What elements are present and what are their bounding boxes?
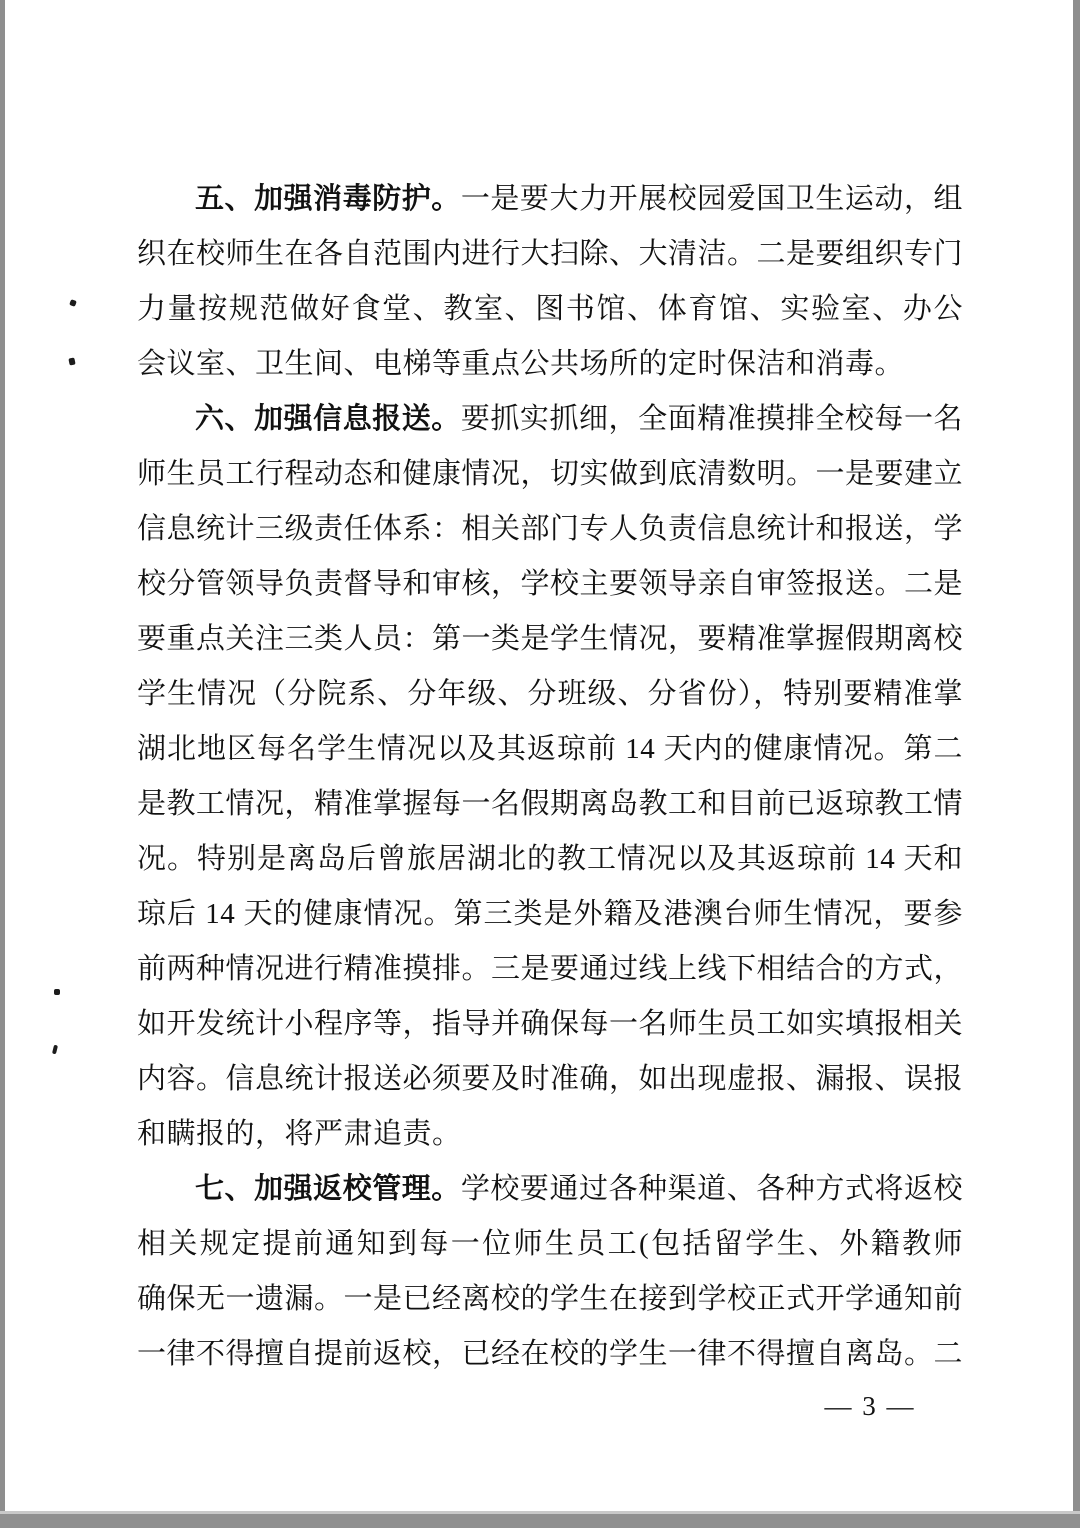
scan-speck bbox=[52, 1045, 58, 1055]
body-text: 信息统计三级责任体系：相关部门专人负责信息统计和报送，学 bbox=[137, 513, 963, 545]
text-line: 六、加强信息报送。要抓实抓细，全面精准摸排全校每一名 bbox=[137, 392, 963, 447]
scan-edge-bar-bottom bbox=[0, 1511, 1080, 1528]
body-text: 如开发统计小程序等，指导并确保每一名师生员工如实填报相关 bbox=[137, 1008, 963, 1040]
body-text: 织在校师生在各自范围内进行大扫除、大清洁。二是要组织专门 bbox=[137, 238, 963, 270]
body-text: 力量按规范做好食堂、教室、图书馆、体育馆、实验室、办公室、 bbox=[137, 293, 963, 337]
body-text: 内容。信息统计报送必须要及时准确，如出现虚报、漏报、误报 bbox=[137, 1063, 963, 1095]
body-text: 是教工情况，精准掌握每一名假期离岛教工和目前已返琼教工情 bbox=[137, 788, 963, 820]
text-line: 确保无一遗漏。一是已经离校的学生在接到学校正式开学通知前 bbox=[137, 1272, 963, 1327]
body-text: 要抓实抓细，全面精准摸排全校每一名 bbox=[461, 403, 963, 435]
section-heading-text: 七、加强返校管理。 bbox=[195, 1173, 461, 1205]
text-line: 前两种情况进行精准摸排。三是要通过线上线下相结合的方式， bbox=[137, 942, 963, 997]
text-line: 湖北地区每名学生情况以及其返琼前 14 天内的健康情况。第二类 bbox=[137, 722, 963, 777]
text-line: 校分管领导负责督导和审核，学校主要领导亲自审签报送。二是 bbox=[137, 557, 963, 612]
text-line: 织在校师生在各自范围内进行大扫除、大清洁。二是要组织专门 bbox=[137, 227, 963, 282]
section-heading-text: 五、加强消毒防护。 bbox=[195, 183, 461, 215]
text-line: 信息统计三级责任体系：相关部门专人负责信息统计和报送，学 bbox=[137, 502, 963, 557]
body-text: 一是要大力开展校园爱国卫生运动，组 bbox=[461, 183, 963, 215]
text-line: 琼后 14 天的健康情况。第三类是外籍及港澳台师生情况，要参照 bbox=[137, 887, 963, 942]
scanned-document-page: { "page": { "background": "#ffffff", "sc… bbox=[0, 0, 1080, 1528]
text-line: 要重点关注三类人员：第一类是学生情况，要精准掌握假期离校 bbox=[137, 612, 963, 667]
scan-speck bbox=[68, 357, 75, 365]
text-line: 和瞒报的，将严肃追责。 bbox=[137, 1107, 963, 1162]
text-line: 一律不得擅自提前返校，已经在校的学生一律不得擅自离岛。二 bbox=[137, 1327, 963, 1382]
text-line: 相关规定提前通知到每一位师生员工(包括留学生、外籍教师等)， bbox=[137, 1217, 963, 1272]
body-text: 学生情况（分院系、分年级、分班级、分省份），特别要精准掌握 bbox=[137, 678, 963, 722]
body-text: 琼后 14 天的健康情况。第三类是外籍及港澳台师生情况，要参照 bbox=[137, 898, 963, 942]
scan-edge-bar-left bbox=[0, 0, 5, 1528]
body-text: 相关规定提前通知到每一位师生员工(包括留学生、外籍教师等)， bbox=[137, 1228, 963, 1272]
text-line: 会议室、卫生间、电梯等重点公共场所的定时保洁和消毒。 bbox=[137, 337, 963, 392]
body-text: 要重点关注三类人员：第一类是学生情况，要精准掌握假期离校 bbox=[137, 623, 963, 655]
section-heading-text: 六、加强信息报送。 bbox=[195, 403, 461, 435]
text-line: 学生情况（分院系、分年级、分班级、分省份），特别要精准掌握 bbox=[137, 667, 963, 722]
text-line: 力量按规范做好食堂、教室、图书馆、体育馆、实验室、办公室、 bbox=[137, 282, 963, 337]
text-line: 如开发统计小程序等，指导并确保每一名师生员工如实填报相关 bbox=[137, 997, 963, 1052]
body-text: 一律不得擅自提前返校，已经在校的学生一律不得擅自离岛。二 bbox=[137, 1338, 963, 1370]
text-line: 是教工情况，精准掌握每一名假期离岛教工和目前已返琼教工情 bbox=[137, 777, 963, 832]
text-line: 七、加强返校管理。学校要通过各种渠道、各种方式将返校 bbox=[137, 1162, 963, 1217]
body-text: 和瞒报的，将严肃追责。 bbox=[137, 1118, 462, 1150]
body-text: 校分管领导负责督导和审核，学校主要领导亲自审签报送。二是 bbox=[137, 568, 963, 600]
text-line: 五、加强消毒防护。一是要大力开展校园爱国卫生运动，组 bbox=[137, 172, 963, 227]
body-text: 会议室、卫生间、电梯等重点公共场所的定时保洁和消毒。 bbox=[137, 348, 904, 380]
scan-edge-bar-right bbox=[1073, 0, 1080, 1528]
body-text: 师生员工行程动态和健康情况，切实做到底清数明。一是要建立 bbox=[137, 458, 963, 490]
document-body: 五、加强消毒防护。一是要大力开展校园爱国卫生运动，组织在校师生在各自范围内进行大… bbox=[137, 172, 963, 1382]
body-text: 况。特别是离岛后曾旅居湖北的教工情况以及其返琼前 14 天和返 bbox=[137, 843, 963, 887]
text-line: 师生员工行程动态和健康情况，切实做到底清数明。一是要建立 bbox=[137, 447, 963, 502]
body-text: 湖北地区每名学生情况以及其返琼前 14 天内的健康情况。第二类 bbox=[137, 733, 963, 777]
scan-speck bbox=[54, 989, 60, 995]
text-line: 况。特别是离岛后曾旅居湖北的教工情况以及其返琼前 14 天和返 bbox=[137, 832, 963, 887]
body-text: 前两种情况进行精准摸排。三是要通过线上线下相结合的方式， bbox=[137, 953, 963, 985]
body-text: 学校要通过各种渠道、各种方式将返校 bbox=[461, 1173, 963, 1205]
body-text: 确保无一遗漏。一是已经离校的学生在接到学校正式开学通知前 bbox=[137, 1283, 963, 1315]
scan-speck bbox=[69, 299, 77, 307]
page-number: — 3 — bbox=[790, 1386, 950, 1426]
text-line: 内容。信息统计报送必须要及时准确，如出现虚报、漏报、误报 bbox=[137, 1052, 963, 1107]
